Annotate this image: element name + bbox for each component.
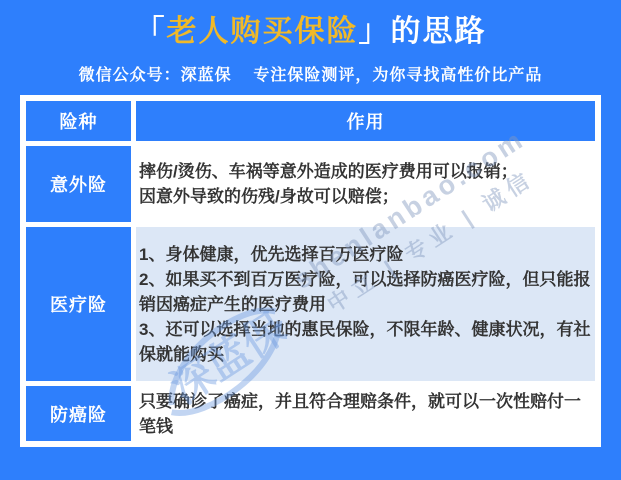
- row-label-medical-insurance: 医疗险: [26, 227, 131, 381]
- row-effect-medical-insurance: 1、身体健康，优先选择百万医疗险 2、如果买不到百万医疗险，可以选择防癌医疗险，…: [136, 227, 595, 381]
- infographic-page: { "page": { "background_color": "#2E7FFC…: [0, 0, 621, 480]
- title-highlight: 老人购买保险: [167, 15, 359, 48]
- title-bracket-close: 」: [359, 15, 391, 48]
- title-suffix: 的思路: [391, 15, 487, 48]
- table-header-effect: 作用: [136, 101, 595, 141]
- page-title: 「老人购买保险」的思路: [0, 14, 621, 50]
- title-bracket-open: 「: [135, 15, 167, 48]
- row-effect-cancer-insurance: 只要确诊了癌症，并且符合理赔条件，就可以一次性赔付一笔钱: [136, 386, 595, 441]
- page-header: 「老人购买保险」的思路 微信公众号：深蓝保 专注保险测评，为你寻找高性价比产品: [0, 0, 621, 85]
- row-label-cancer-insurance: 防癌险: [26, 386, 131, 441]
- table-header-type: 险种: [26, 101, 131, 141]
- insurance-table: 险种 作用 意外险 摔伤/烫伤、车祸等意外造成的医疗费用可以报销； 因意外导致的…: [20, 95, 601, 447]
- row-effect-accident-insurance: 摔伤/烫伤、车祸等意外造成的医疗费用可以报销； 因意外导致的伤残/身故可以赔偿；: [136, 146, 595, 222]
- wechat-subtitle: 微信公众号：深蓝保 专注保险测评，为你寻找高性价比产品: [0, 62, 621, 85]
- row-label-accident-insurance: 意外险: [26, 146, 131, 222]
